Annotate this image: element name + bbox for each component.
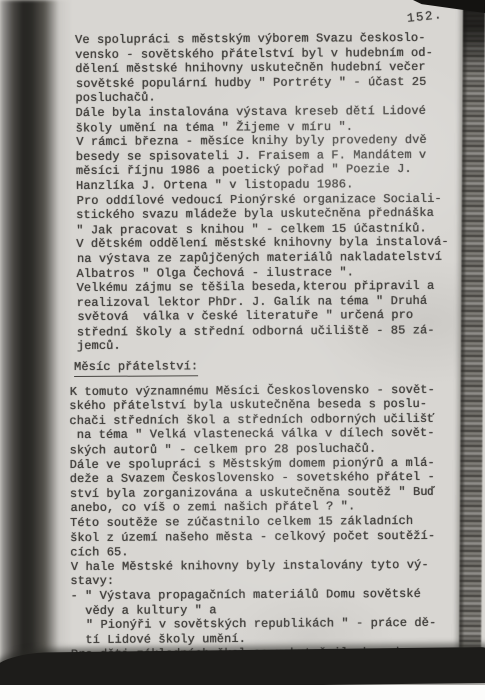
text-line: Pro oddílové vedoucí Pionýrské organizac…	[77, 191, 475, 208]
text-line: anebo, co víš o zemi našich přátel ? ".	[70, 499, 476, 516]
book-page-edges-right	[459, 2, 485, 674]
binding-shadow-left	[0, 0, 72, 690]
text-line: " Jak pracovat s knihou " - celkem 15 úč…	[76, 221, 474, 238]
document-lines: Ve spolupráci s městským výborem Svazu č…	[75, 31, 477, 662]
text-line: V hale Městské knihovny byly instalovány…	[71, 557, 477, 574]
document-text: Ve spolupráci s městským výborem Svazu č…	[75, 31, 477, 662]
scanned-document-page: 152. Ve spolupráci s městským výborem Sv…	[0, 0, 485, 700]
text-line: střední školy a střední odborná učiliště…	[77, 323, 475, 340]
book-edge-shadow-bottom	[0, 647, 485, 689]
text-line: na výstava ze zapůjčených materiálů nakl…	[77, 249, 475, 266]
text-line: - " Výstava propagačních materiálů Domu …	[70, 587, 476, 604]
text-line: V rámci března - měsíce knihy byly prove…	[76, 133, 474, 150]
text-line: ských autorů " - celkem pro 28 posluchač…	[70, 441, 476, 458]
scanner-background-bottom	[0, 685, 485, 700]
text-line: " Pionýři v sovětských republikách " - p…	[71, 616, 477, 633]
text-line: sovětské populární hudby " Portréty " - …	[76, 74, 474, 91]
page-number: 152.	[406, 8, 443, 26]
section-heading: Měsíc přátelství:	[74, 359, 198, 376]
text-line: K tomuto významnému Měsíci Československ…	[70, 382, 476, 399]
